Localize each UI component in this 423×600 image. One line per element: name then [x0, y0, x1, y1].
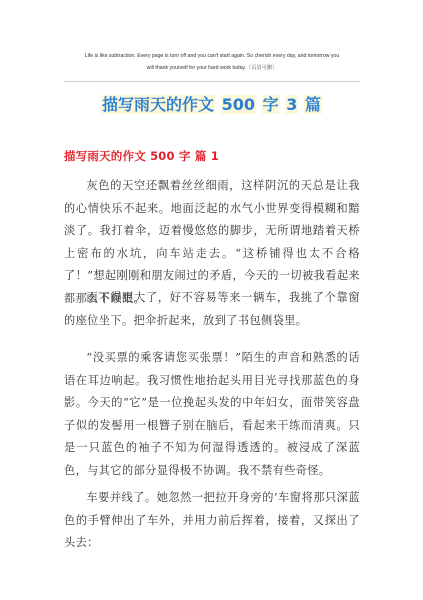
title-part-2: 500: [221, 95, 256, 114]
paragraph-4: 车要并线了。她忽然一把拉开身旁的’车窗将那只深蓝色的手臂伸出了车外，并用力前后挥…: [64, 487, 360, 555]
motto-line-2: will thank yourself for your hard work t…: [64, 62, 360, 74]
document-page: Life is like subtraction. Every page is …: [0, 0, 423, 600]
header-motto: Life is like subtraction. Every page is …: [64, 50, 360, 74]
motto-line-2-text: will thank yourself for your hard work t…: [147, 65, 246, 71]
title-part-4: 3: [285, 95, 298, 114]
motto-line-1: Life is like subtraction. Every page is …: [64, 50, 360, 62]
title-part-1: 描写雨天的作文: [101, 95, 215, 114]
paragraph-2: 雨下得更大了，好不容易等来一辆车，我挑了个靠窗的座位坐下。把伞折起来，放到了书包…: [64, 287, 360, 332]
document-title: 描写雨天的作文 500 字 3 篇: [0, 94, 423, 116]
title-part-3: 字: [262, 95, 280, 114]
title-part-5: 篇: [304, 95, 322, 114]
paragraph-text: 雨下得更大了，好不容易等来一辆车，我挑了个靠窗的座位坐下。把伞折起来，放到了书包…: [64, 287, 360, 332]
paragraph-3: “没买票的乘客请您买张票！”陌生的声音和熟悉的话语在耳边响起。我习惯性地抬起头用…: [64, 347, 360, 482]
paragraph-text: 车要并线了。她忽然一把拉开身旁的’车窗将那只深蓝色的手臂伸出了车外，并用力前后挥…: [64, 487, 360, 555]
header-divider: [64, 81, 360, 82]
section-heading: 描写雨天的作文 500 字 篇 1: [64, 148, 219, 164]
motto-note: （页眉可删）: [246, 65, 277, 71]
paragraph-text: “没买票的乘客请您买张票！”陌生的声音和熟悉的话语在耳边响起。我习惯性地抬起头用…: [64, 347, 360, 482]
